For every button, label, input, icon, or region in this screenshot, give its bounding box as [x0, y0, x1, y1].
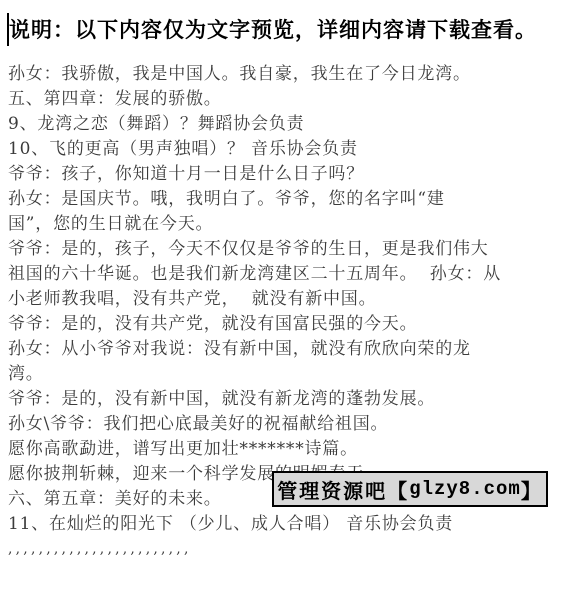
text-line: 祖国的六十华诞。也是我们新龙湾建区二十五周年。 孙女：从: [8, 262, 568, 287]
text-line: 爷爷：孩子，你知道十月一日是什么日子吗？: [8, 162, 568, 187]
text-line: 9、龙湾之恋（舞蹈）？舞蹈协会负责: [8, 112, 568, 137]
document-preview-page: 说明：以下内容仅为文字预览，详细内容请下载查看。 孙女：我骄傲，我是中国人。我自…: [0, 0, 578, 600]
watermark-box: 管理资源吧【glzy8.com】: [272, 471, 548, 507]
text-line: 孙女：从小爷爷对我说：没有新中国，就没有欣欣向荣的龙: [8, 337, 568, 362]
text-line: 11、在灿烂的阳光下 （少儿、成人合唱） 音乐协会负责: [8, 512, 568, 537]
text-line: 湾。: [8, 362, 568, 387]
text-line: 国”，您的生日就在今天。: [8, 212, 568, 237]
text-line: 五、第四章：发展的骄傲。: [8, 87, 568, 112]
text-line: 爷爷：是的，孩子，今天不仅仅是爷爷的生日，更是我们伟大: [8, 237, 568, 262]
text-line: 愿你高歌勐进，谱写出更加壮*******诗篇。: [8, 437, 568, 462]
watermark-bracket-close: 】: [521, 475, 543, 504]
text-line: 爷爷：是的，没有共产党，就没有国富民强的今天。: [8, 312, 568, 337]
watermark-site-url: glzy8.com: [409, 478, 521, 500]
text-line: 孙女：我骄傲，我是中国人。我自豪，我生在了今日龙湾。: [8, 62, 568, 87]
text-line: 孙女\爷爷：我们把心底最美好的祝福献给祖国。: [8, 412, 568, 437]
watermark-text: 管理资源吧【: [277, 475, 409, 504]
text-line: 孙女：是国庆节。哦，我明白了。爷爷，您的名字叫“建: [8, 187, 568, 212]
text-line: 小老师教我唱，没有共产党， 就没有新中国。: [8, 287, 568, 312]
text-line: 10、飞的更高（男声独唱）？ 音乐协会负责: [8, 137, 568, 162]
text-line: 爷爷：是的，没有新中国，就没有新龙湾的蓬勃发展。: [8, 387, 568, 412]
preview-notice: 说明：以下内容仅为文字预览，详细内容请下载查看。: [9, 14, 537, 44]
ellipsis-line: ,,,,,,,,,,,,,,,,,,,,,,,,: [8, 537, 568, 562]
